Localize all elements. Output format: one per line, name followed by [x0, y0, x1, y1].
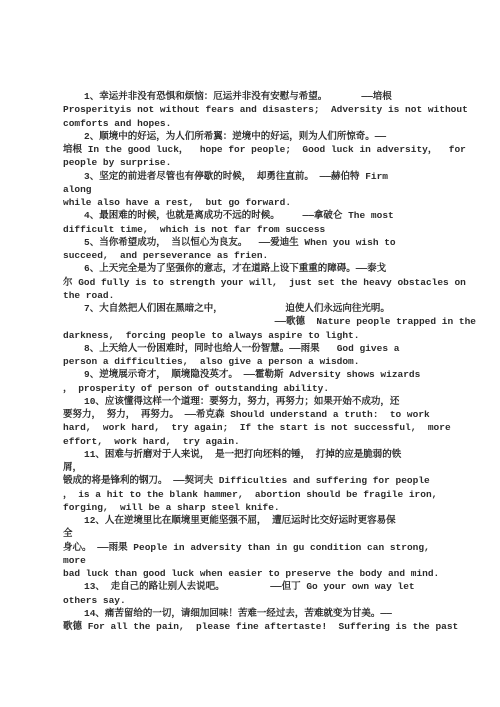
text-line: 7、大自然把人们困在黑暗之中， 迫使人们永远向往光明。 — [63, 302, 476, 315]
text-line: 要努力， 努力， 再努力。 ——希克森 Should understand a … — [63, 408, 476, 421]
text-line: 歌德 For all the pain, please fine afterta… — [63, 620, 476, 633]
text-line: 13、 走自己的路让别人去说吧。 ——但丁 Go your own way le… — [63, 580, 476, 593]
text-line: 6、上天完全是为了坚强你的意志，才在道路上设下重重的障碍。——泰戈 — [63, 262, 476, 275]
text-line: bad luck than good luck when easier to p… — [63, 567, 476, 580]
text-line: the road. — [63, 289, 476, 302]
text-line: hard, work hard, try again; If the start… — [63, 421, 476, 434]
text-line: person a difficulties, also give a perso… — [63, 355, 476, 368]
text-line: 全 — [63, 527, 476, 540]
text-line: more — [63, 554, 476, 567]
document-text-block: 1、幸运并非没有恐惧和烦恼：厄运并非没有安慰与希望。 ——培根Prosperit… — [63, 90, 476, 633]
text-line: 5、当你希望成功， 当以恒心为良友。 ——爱迪生 When you wish t… — [63, 236, 476, 249]
text-line: succeed, and perseverance as frien. — [63, 249, 476, 262]
text-line: ——歌德 Nature people trapped in the — [63, 315, 476, 328]
text-line: 屑， — [63, 461, 476, 474]
text-line: 11、困难与折磨对于人来说， 是一把打向坯料的锤， 打掉的应是脆弱的铁 — [63, 448, 476, 461]
text-line: effort, work hard, try again. — [63, 435, 476, 448]
text-line: 9、逆境展示奇才， 顺境隐没英才。 ——霍勒斯 Adversity shows … — [63, 368, 476, 381]
text-line: while also have a rest, but go forward. — [63, 196, 476, 209]
text-line: people by surprise. — [63, 156, 476, 169]
text-line: 培根 In the good luck， hope for people; Go… — [63, 143, 476, 156]
text-line: darkness, forcing people to always aspir… — [63, 329, 476, 342]
text-line: 12、人在逆境里比在顺境里更能坚强不屈， 遭厄运时比交好运时更容易保 — [63, 514, 476, 527]
text-line: comforts and hopes. — [63, 117, 476, 130]
text-line: 3、坚定的前进者尽管也有停歇的时候， 却勇往直前。 ——赫伯特 Firm — [63, 170, 476, 183]
text-line: 4、最困难的时候，也就是离成功不远的时候。 ——拿破仑 The most — [63, 209, 476, 222]
text-line: along — [63, 183, 476, 196]
text-line: 尔 God fully is to strength your will, ju… — [63, 276, 476, 289]
text-line: difficult time, which is not far from su… — [63, 223, 476, 236]
text-line: others say. — [63, 594, 476, 607]
text-line: 8、上天给人一份困难时，同时也给人一份智慧。——雨果 God gives a — [63, 342, 476, 355]
text-line: 2、顺境中的好运，为人们所希翼：逆境中的好运，则为人们所惊奇。—— — [63, 130, 476, 143]
text-line: 身心。 ——雨果 People in adversity than in gu … — [63, 541, 476, 554]
text-line: 14、痛苦留给的一切，请细加回味！苦难一经过去，苦难就变为甘美。—— — [63, 607, 476, 620]
text-line: ， is a hit to the blank hammer, abortion… — [63, 488, 476, 501]
text-line: 10、应该懂得这样一个道理：要努力，努力，再努力；如果开始不成功，还 — [63, 395, 476, 408]
text-line: Prosperityis not without fears and disas… — [63, 103, 476, 116]
text-line: ， prosperity of person of outstanding ab… — [63, 382, 476, 395]
document-page: 1、幸运并非没有恐惧和烦恼：厄运并非没有安慰与希望。 ——培根Prosperit… — [0, 0, 500, 707]
text-line: forging, will be a sharp steel knife. — [63, 501, 476, 514]
text-line: 锻成的将是锋利的钢刀。 ——契诃夫 Difficulties and suffe… — [63, 474, 476, 487]
text-line: 1、幸运并非没有恐惧和烦恼：厄运并非没有安慰与希望。 ——培根 — [63, 90, 476, 103]
